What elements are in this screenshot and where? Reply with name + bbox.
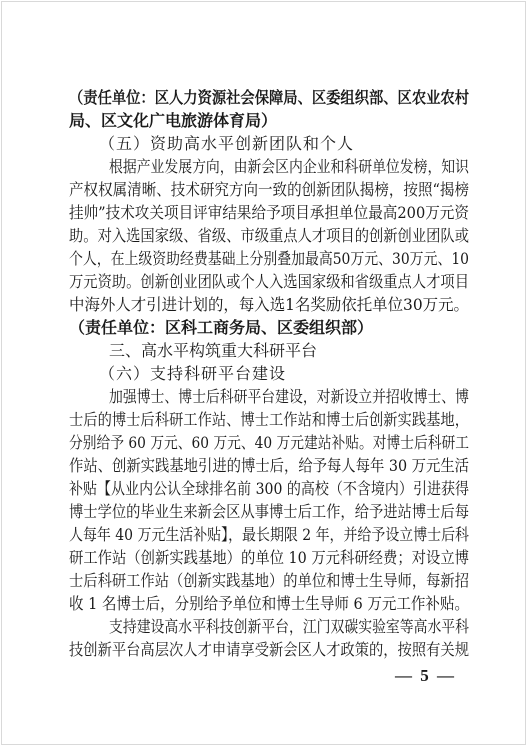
body-line: 作站、创新实践基地引进的博士后，给予每人每年 30 万元生活 — [69, 454, 469, 477]
body-line: 个人，在上级资助经费基础上分别叠加最高50万元、30万元、10 — [69, 247, 469, 270]
body-line: 产权权属清晰、技术研究方向一致的创新团队揭榜，按照“揭榜 — [69, 178, 469, 201]
body-line: 博士学位的毕业生来新会区从事博士后工作，给予进站博士后每 — [69, 500, 469, 523]
body-line: 人每年 40 万元生活补贴】，最长期限 2 年，并给予设立博士后科 — [69, 523, 469, 546]
body-line: 中海外人才引进计划的，每入选1名奖励依托单位30万元。 — [69, 293, 469, 316]
body-line: 支持建设高水平科技创新平台，江门双碳实验室等高水平科 — [69, 615, 469, 638]
responsibility-line: （责任单位：区科工商务局、区委组织部） — [69, 316, 469, 339]
body-line: 技创新平台高层次人才申请享受新会区人才政策的，按照有关规 — [69, 638, 469, 661]
section-heading-3: 三、高水平构筑重大科研平台 — [69, 339, 469, 362]
body-line: 挂帅”技术攻关项目评审结果给予项目承担单位最高200万元资 — [69, 201, 469, 224]
body-line: 士后科研工作站（创新实践基地）的单位和博士生导师，每新招 — [69, 569, 469, 592]
body-line: 士后的博士后科研工作站、博士工作站和博士后创新实践基地， — [69, 408, 469, 431]
body-line: 万元资助。创新创业团队或个人入选国家级和省级重点人才项目 — [69, 270, 469, 293]
body-line: 研工作站（创新实践基地）的单位 10 万元科研经费；对设立博 — [69, 546, 469, 569]
body-line: 根据产业发展方向，由新会区内企业和科研单位发榜，知识 — [69, 155, 469, 178]
body-line: 补贴【从业内公认全球排名前 300 的高校（不含境内）引进获得 — [69, 477, 469, 500]
body-line: 分别给予 60 万元、60 万元、40 万元建站补贴。对博士后科研工 — [69, 431, 469, 454]
document-page: （责任单位：区人力资源社会保障局、区委组织部、区农业农村 局、区文化广电旅游体育… — [1, 1, 526, 745]
subheading-5: （五）资助高水平创新团队和个人 — [69, 132, 469, 155]
responsibility-line: 局、区文化广电旅游体育局） — [69, 109, 469, 132]
page-content: （责任单位：区人力资源社会保障局、区委组织部、区农业农村 局、区文化广电旅游体育… — [69, 86, 469, 661]
body-line: 助。对入选国家级、省级、市级重点人才项目的创新创业团队或 — [69, 224, 469, 247]
page-number: — 5 — — [395, 666, 456, 686]
responsibility-line: （责任单位：区人力资源社会保障局、区委组织部、区农业农村 — [69, 86, 469, 109]
body-line: 收 1 名博士后，分别给予单位和博士生导师 6 万元工作补贴。 — [69, 592, 469, 615]
subheading-6: （六）支持科研平台建设 — [69, 362, 469, 385]
body-line: 加强博士、博士后科研平台建设，对新设立并招收博士、博 — [69, 385, 469, 408]
